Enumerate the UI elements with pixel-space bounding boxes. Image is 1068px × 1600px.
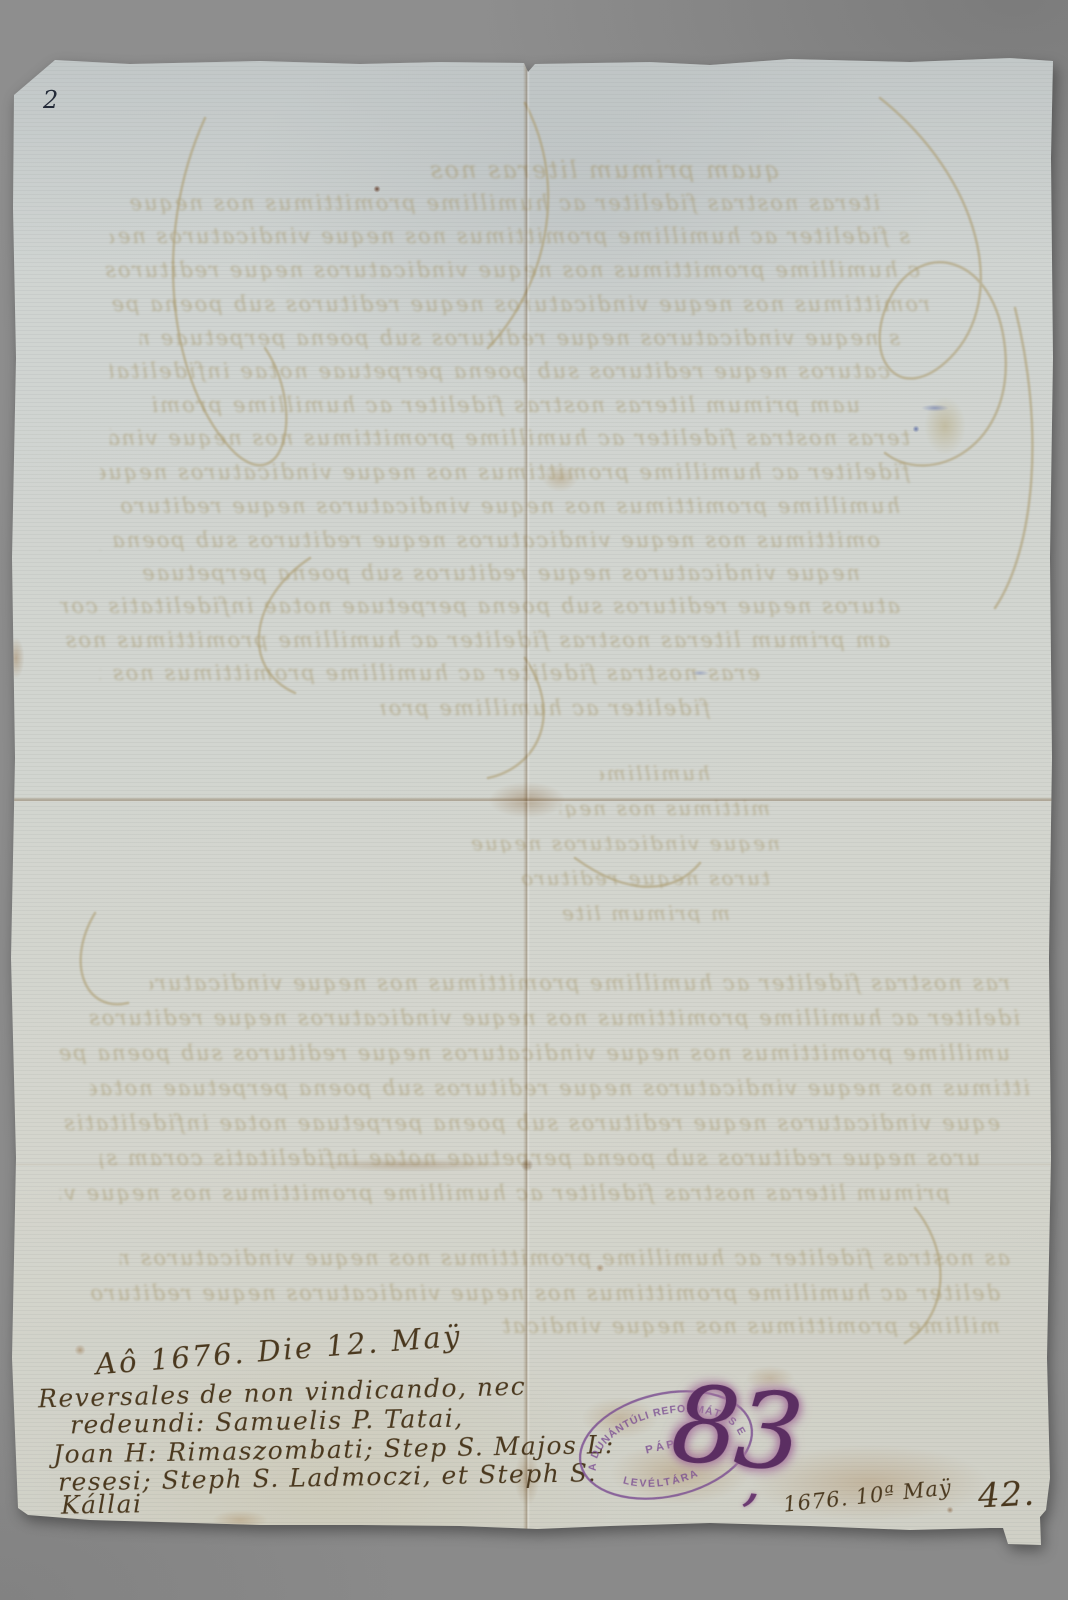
bleedthrough-flourishes (10, 58, 1053, 1548)
paper-shadow: quam primum literas nostras fideliter ac… (0, 0, 1068, 1600)
vertical-fold-crease (523, 58, 530, 1548)
stamp-overlay-number: 83 (668, 1371, 804, 1488)
annotation-line: redeundi: Samuelis P. Tatai, (70, 1406, 464, 1438)
secondary-fold-crease (10, 1163, 1053, 1167)
page-number: 2 (43, 86, 58, 114)
horizontal-fold-crease (10, 797, 1053, 803)
manuscript-page: quam primum literas nostras fideliter ac… (10, 58, 1053, 1548)
folio-number: 42. (977, 1477, 1036, 1514)
annotation-line: Kállai (61, 1491, 143, 1517)
scan-background: quam primum literas nostras fideliter ac… (0, 0, 1068, 1600)
